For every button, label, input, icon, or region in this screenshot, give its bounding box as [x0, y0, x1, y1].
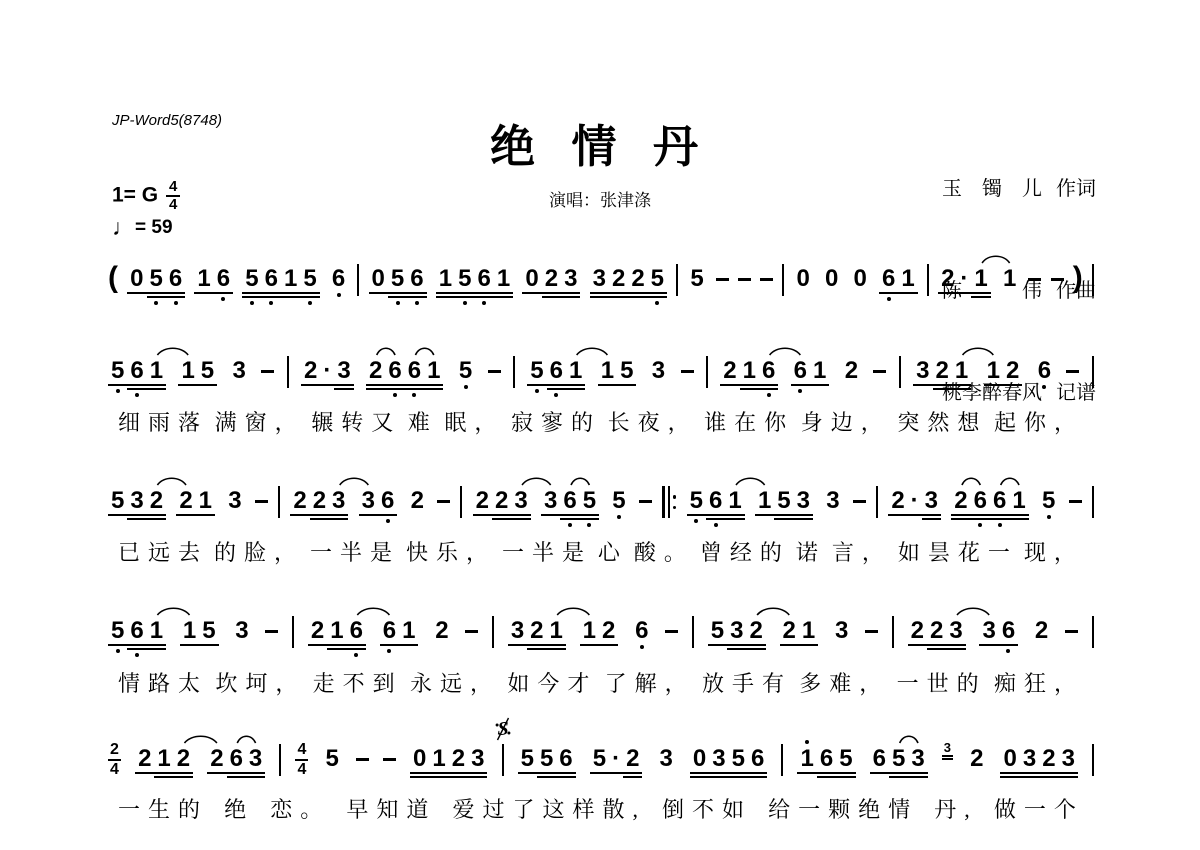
lyric-cluster: 细雨落 — [118, 406, 208, 437]
lyric-cluster: 满窗， — [215, 406, 305, 437]
note-group: 153 — [755, 489, 813, 513]
barline-stroke — [460, 486, 462, 518]
note: 6 — [556, 747, 575, 771]
low-octave-dot — [386, 519, 390, 523]
note: 1 — [580, 619, 599, 643]
duration-dash — [1028, 278, 1041, 281]
note: 2 — [938, 267, 957, 291]
note: 3 — [908, 747, 927, 771]
note-digit: 6 — [381, 487, 394, 514]
beam-line — [971, 518, 990, 520]
beam-line — [687, 514, 706, 516]
beam-line — [933, 388, 952, 390]
note-group: 5 — [1039, 489, 1058, 513]
duration-dash — [1065, 630, 1078, 633]
beam-line — [301, 384, 320, 386]
note: 2 — [1032, 619, 1051, 643]
note: 1 — [755, 489, 774, 513]
beam-line — [407, 292, 426, 294]
repeat-start-sign — [662, 486, 676, 518]
note-group: 6 — [632, 619, 651, 643]
note: 2 — [933, 359, 952, 383]
note-digit: · — [960, 265, 968, 292]
note-group: 1561 — [436, 267, 513, 291]
slur-arc — [900, 736, 918, 743]
beam-line — [759, 384, 778, 386]
ts-numerator: 4 — [297, 742, 306, 757]
note: 3 — [727, 619, 746, 643]
note-group: 1 — [1000, 267, 1019, 291]
lyric-cluster: 眠， — [444, 406, 504, 437]
note-digit: 1 — [728, 487, 741, 514]
lyric-cluster: 起你， — [994, 406, 1084, 437]
low-octave-dot — [393, 393, 397, 397]
note-digit: 5 — [1042, 487, 1055, 514]
beam-line — [127, 384, 146, 386]
note-digit: 3 — [1062, 745, 1075, 772]
note: 6 — [971, 489, 990, 513]
beam-line — [984, 384, 1003, 386]
lyric-cluster: 一世的 — [897, 667, 987, 698]
music-line-1: (0561656156056156102332255000612·11) — [108, 267, 1094, 309]
music-line-4: 561153216612321126532213223362 — [108, 619, 1094, 661]
lyric-cluster: 如今才 — [507, 667, 597, 698]
note-group: 532 — [708, 619, 766, 643]
beam-line — [410, 776, 429, 778]
note-digit: 5 — [690, 265, 703, 292]
note-digit: 1 — [183, 617, 196, 644]
slur-arc — [377, 348, 395, 355]
note-digit: 6 — [332, 265, 345, 292]
beam-line — [755, 514, 774, 516]
lyric-cluster: 恋。 — [270, 793, 330, 824]
beam-line — [537, 776, 556, 778]
low-octave-dot — [135, 653, 139, 657]
low-octave-dot — [116, 389, 120, 393]
barline — [692, 619, 694, 648]
beam-line — [979, 644, 998, 646]
note: 1 — [810, 359, 829, 383]
beam-line — [590, 296, 609, 298]
note-digit: 2 — [476, 487, 489, 514]
note-digit: 0 — [130, 265, 143, 292]
note: 3 — [541, 489, 560, 513]
note: 3 — [127, 489, 146, 513]
beam-line — [927, 648, 946, 650]
note-group: 6 — [329, 267, 348, 291]
note-digit: 3 — [925, 487, 938, 514]
beam-line — [561, 292, 580, 294]
low-octave-dot — [308, 301, 312, 305]
beam-line — [725, 514, 744, 516]
note-digit: 1 — [813, 357, 826, 384]
note-digit: 6 — [993, 487, 1006, 514]
beam-line — [609, 772, 623, 774]
note: 3 — [225, 489, 244, 513]
beam-line — [870, 772, 889, 774]
lyric-cluster: 绝 — [224, 793, 254, 824]
beam-line — [127, 388, 146, 390]
note: 3 — [1059, 747, 1078, 771]
note-digit: 2 — [369, 357, 382, 384]
note-digit: 5 — [111, 357, 124, 384]
lyric-cluster: 寂寥的 — [511, 406, 601, 437]
note-group: 556 — [518, 747, 576, 771]
note-group: 653 — [870, 747, 928, 771]
note: 0 — [793, 267, 812, 291]
note: 5 — [609, 489, 628, 513]
note-digit: 2 — [930, 617, 943, 644]
segno-icon: S — [494, 716, 511, 747]
note-digit: 3 — [564, 265, 577, 292]
beam-line — [810, 384, 829, 386]
low-octave-dot — [396, 301, 400, 305]
note-digit: 6 — [873, 745, 886, 772]
beam-line — [957, 292, 971, 294]
note: 6 — [329, 267, 348, 291]
barline — [899, 359, 901, 388]
note: 2 — [967, 747, 986, 771]
note: 6 — [706, 489, 725, 513]
note: 5 — [108, 359, 127, 383]
note: 2 — [927, 619, 946, 643]
note: 2 — [623, 747, 642, 771]
beam-line — [623, 772, 642, 774]
note-digit: 1 — [583, 617, 596, 644]
beam-line — [492, 514, 511, 516]
barline — [876, 489, 878, 518]
note: 2 — [780, 619, 799, 643]
note-digit: 1 — [402, 617, 415, 644]
beam-line — [927, 644, 946, 646]
note-digit: 1 — [569, 357, 582, 384]
beam-line — [617, 384, 636, 386]
barline — [287, 359, 289, 388]
note-group: 321 — [508, 619, 566, 643]
note: 5 — [108, 619, 127, 643]
note: 1 — [547, 619, 566, 643]
note-group: 2·3 — [888, 489, 941, 513]
note: 0 — [522, 267, 541, 291]
beam-line — [262, 296, 281, 298]
beam-line — [369, 292, 388, 294]
note: 3 — [709, 747, 728, 771]
barline — [278, 489, 280, 518]
barline-stroke — [876, 486, 878, 518]
note: 1 — [725, 489, 744, 513]
note-digit: 6 — [350, 617, 363, 644]
beam-line — [836, 776, 855, 778]
beam-line — [281, 296, 300, 298]
note: 6 — [405, 359, 424, 383]
note-digit: 5 — [325, 745, 338, 772]
note-digit: 2 — [602, 617, 615, 644]
low-octave-dot — [694, 519, 698, 523]
beam-line — [720, 384, 739, 386]
duration-dash — [265, 630, 278, 633]
beam-line — [174, 772, 193, 774]
note-group: 0 — [851, 267, 870, 291]
lyrics-line-5: 一生的绝恋。早知道爱过了这样散,倒不如给一颗绝情丹,做一个 — [118, 793, 1084, 824]
beam-line — [327, 644, 346, 646]
beam-line — [990, 518, 1009, 520]
barline — [706, 359, 708, 388]
duration-dash — [488, 370, 501, 373]
note-digit: 6 — [408, 357, 421, 384]
note-digit: 1 — [432, 745, 445, 772]
note: 5 — [648, 267, 667, 291]
slur-arc — [1001, 478, 1019, 485]
note-digit: 1 — [439, 265, 452, 292]
note: 1 — [494, 267, 513, 291]
beam-line — [547, 388, 566, 390]
lyric-cluster: 早知道 — [346, 793, 436, 824]
note: 1 — [740, 359, 759, 383]
beam-line — [424, 388, 443, 390]
beam-line — [290, 514, 309, 516]
beam-line — [196, 514, 215, 516]
note-digit: 5 — [839, 745, 852, 772]
note: 3 — [794, 489, 813, 513]
beam-line — [990, 514, 1009, 516]
note: 1 — [281, 267, 300, 291]
lyric-cluster: 现， — [1024, 536, 1084, 567]
note-group: 15 — [180, 619, 219, 643]
beam-line — [385, 384, 404, 386]
beam-line — [537, 772, 556, 774]
beam-line — [455, 292, 474, 294]
beam-line — [879, 292, 898, 294]
note-digit: 5 — [202, 617, 215, 644]
note-digit: 5 — [530, 357, 543, 384]
beam-line — [580, 644, 599, 646]
barline — [781, 747, 783, 776]
note-digit: 6 — [762, 357, 775, 384]
note-digit: 3 — [797, 487, 810, 514]
note-group: 023 — [522, 267, 580, 291]
beam-line — [740, 388, 759, 390]
beam-line — [628, 296, 647, 298]
note-digit: 5 — [711, 617, 724, 644]
note: 3 — [561, 267, 580, 291]
barline-stroke — [782, 264, 784, 296]
note-digit: 1 — [800, 745, 813, 772]
note-digit: 6 — [563, 487, 576, 514]
note: 0 — [690, 747, 709, 771]
note-group: 561 — [108, 619, 166, 643]
beam-line — [727, 648, 746, 650]
beam-line — [542, 296, 561, 298]
note-digit: 2 — [749, 617, 762, 644]
note: 5 — [537, 747, 556, 771]
beam-line — [494, 296, 513, 298]
time-signature: 44 — [295, 742, 308, 777]
note-digit: 3 — [471, 745, 484, 772]
lyric-cluster: 多难， — [799, 667, 889, 698]
note-digit: 3 — [826, 487, 839, 514]
note: 1 — [429, 747, 448, 771]
note-digit: 0 — [525, 265, 538, 292]
note-group: 3 — [649, 359, 668, 383]
note: 5 — [456, 359, 475, 383]
note-group: 2661 — [366, 359, 443, 383]
note: 5 — [617, 359, 636, 383]
note: 2 — [473, 489, 492, 513]
barline-stroke — [692, 616, 694, 648]
beam-line — [1059, 772, 1078, 774]
barline-stroke — [279, 744, 281, 776]
note: 2 — [174, 747, 193, 771]
lyric-cluster: 诺 — [796, 536, 826, 567]
note-group: 2·3 — [301, 359, 354, 383]
note-group: 12 — [984, 359, 1023, 383]
note: 2 — [147, 489, 166, 513]
beam-line — [147, 296, 166, 298]
note-group: 61 — [879, 267, 918, 291]
beam-line — [560, 514, 579, 516]
note: 6 — [547, 359, 566, 383]
note: 6 — [407, 267, 426, 291]
note: 3 — [511, 489, 530, 513]
lyric-cluster: 辗转又 — [311, 406, 401, 437]
slur-arc — [557, 608, 589, 615]
beam-line — [108, 384, 127, 386]
lyric-cluster: 难 — [408, 406, 438, 437]
lyric-cluster: 已远去 — [118, 536, 208, 567]
augmentation-dot: · — [609, 747, 623, 771]
note-group: 223 — [473, 489, 531, 513]
beam-line — [508, 644, 527, 646]
beam-line — [522, 292, 541, 294]
note-digit: 2 — [545, 265, 558, 292]
beam-line — [791, 384, 810, 386]
note: 2 — [176, 489, 195, 513]
note: 6 — [127, 619, 146, 643]
beam-line — [308, 644, 327, 646]
barline — [513, 359, 515, 388]
low-octave-dot — [464, 385, 468, 389]
lyric-cluster: 一半是 — [310, 536, 400, 567]
barline-stroke — [502, 744, 504, 776]
note-digit: 0 — [796, 265, 809, 292]
lyric-cluster: 丹, — [934, 793, 978, 824]
note-digit: 2 — [411, 487, 424, 514]
note: 3 — [232, 619, 251, 643]
beam-line — [560, 518, 579, 520]
beam-line — [127, 292, 146, 294]
beam-line — [1020, 772, 1039, 774]
barline-stroke — [1092, 264, 1094, 296]
note-digit: 3 — [730, 617, 743, 644]
note-digit: 1 — [497, 265, 510, 292]
slur-arc — [571, 478, 589, 485]
ts-denominator: 4 — [297, 762, 306, 777]
beam-line — [246, 776, 265, 778]
beam-line — [388, 292, 407, 294]
note: 2 — [908, 619, 927, 643]
note-group: 61 — [380, 619, 419, 643]
note-group: 0123 — [410, 747, 487, 771]
music-line-3: 532213223362223365556115332·326615 — [108, 489, 1094, 531]
note-group: 216 — [720, 359, 778, 383]
tempo-value: = 59 — [135, 217, 173, 238]
beam-line — [455, 296, 474, 298]
low-octave-dot — [354, 653, 358, 657]
beam-line — [410, 772, 429, 774]
beam-line — [347, 644, 366, 646]
lyric-cluster: 倒不如 — [662, 793, 752, 824]
low-octave-dot — [415, 301, 419, 305]
beam-line — [385, 388, 404, 390]
note-digit: 6 — [388, 357, 401, 384]
note-digit: 3 — [332, 487, 345, 514]
note-group: 5 — [322, 747, 341, 771]
note: 2 — [951, 489, 970, 513]
beam-line — [388, 296, 407, 298]
beam-line — [609, 292, 628, 294]
note-digit: 0 — [693, 745, 706, 772]
low-octave-dot — [535, 389, 539, 393]
beam-line — [494, 292, 513, 294]
note-group: 2·1 — [938, 267, 991, 291]
beam-line — [300, 296, 319, 298]
lyricist-role: 作词 — [1056, 178, 1096, 200]
beam-line — [609, 296, 628, 298]
lyric-cluster: 做一个 — [994, 793, 1084, 824]
beam-line — [566, 388, 585, 390]
note-digit: 1 — [743, 357, 756, 384]
note-digit: 5 — [111, 617, 124, 644]
note-digit: 6 — [1038, 357, 1051, 384]
note-group: 61 — [791, 359, 830, 383]
note-digit: 6 — [882, 265, 895, 292]
note-digit: 3 — [712, 745, 725, 772]
beam-line — [759, 388, 778, 390]
note: 2 — [449, 747, 468, 771]
barline — [676, 267, 678, 296]
note: 2 — [301, 359, 320, 383]
beam-line — [429, 772, 448, 774]
note-digit: 2 — [612, 265, 625, 292]
note-digit: 6 — [820, 745, 833, 772]
note-digit: 6 — [709, 487, 722, 514]
slur-arc — [415, 348, 433, 355]
lyric-cluster: 一生的 — [118, 793, 208, 824]
note: 1 — [984, 359, 1003, 383]
lyric-cluster: 给一颗绝情 — [768, 793, 918, 824]
note: 1 — [327, 619, 346, 643]
note-digit: 3 — [544, 487, 557, 514]
note-digit: 3 — [511, 617, 524, 644]
beam-line — [794, 518, 813, 520]
beam-line — [725, 518, 744, 520]
note: 1 — [971, 267, 990, 291]
note-digit: 2 — [1042, 745, 1055, 772]
note: 5 — [774, 489, 793, 513]
beam-line — [436, 292, 455, 294]
duration-dash — [873, 370, 886, 373]
beam-line — [147, 292, 166, 294]
beam-line — [527, 644, 546, 646]
note: 0 — [851, 267, 870, 291]
beam-line — [1039, 776, 1058, 778]
note: 5 — [687, 267, 706, 291]
note-digit: 3 — [1023, 745, 1036, 772]
note-digit: 3 — [228, 487, 241, 514]
note-digit: 2 — [1035, 617, 1048, 644]
note-digit: 2 — [304, 357, 317, 384]
note: 1 — [147, 619, 166, 643]
